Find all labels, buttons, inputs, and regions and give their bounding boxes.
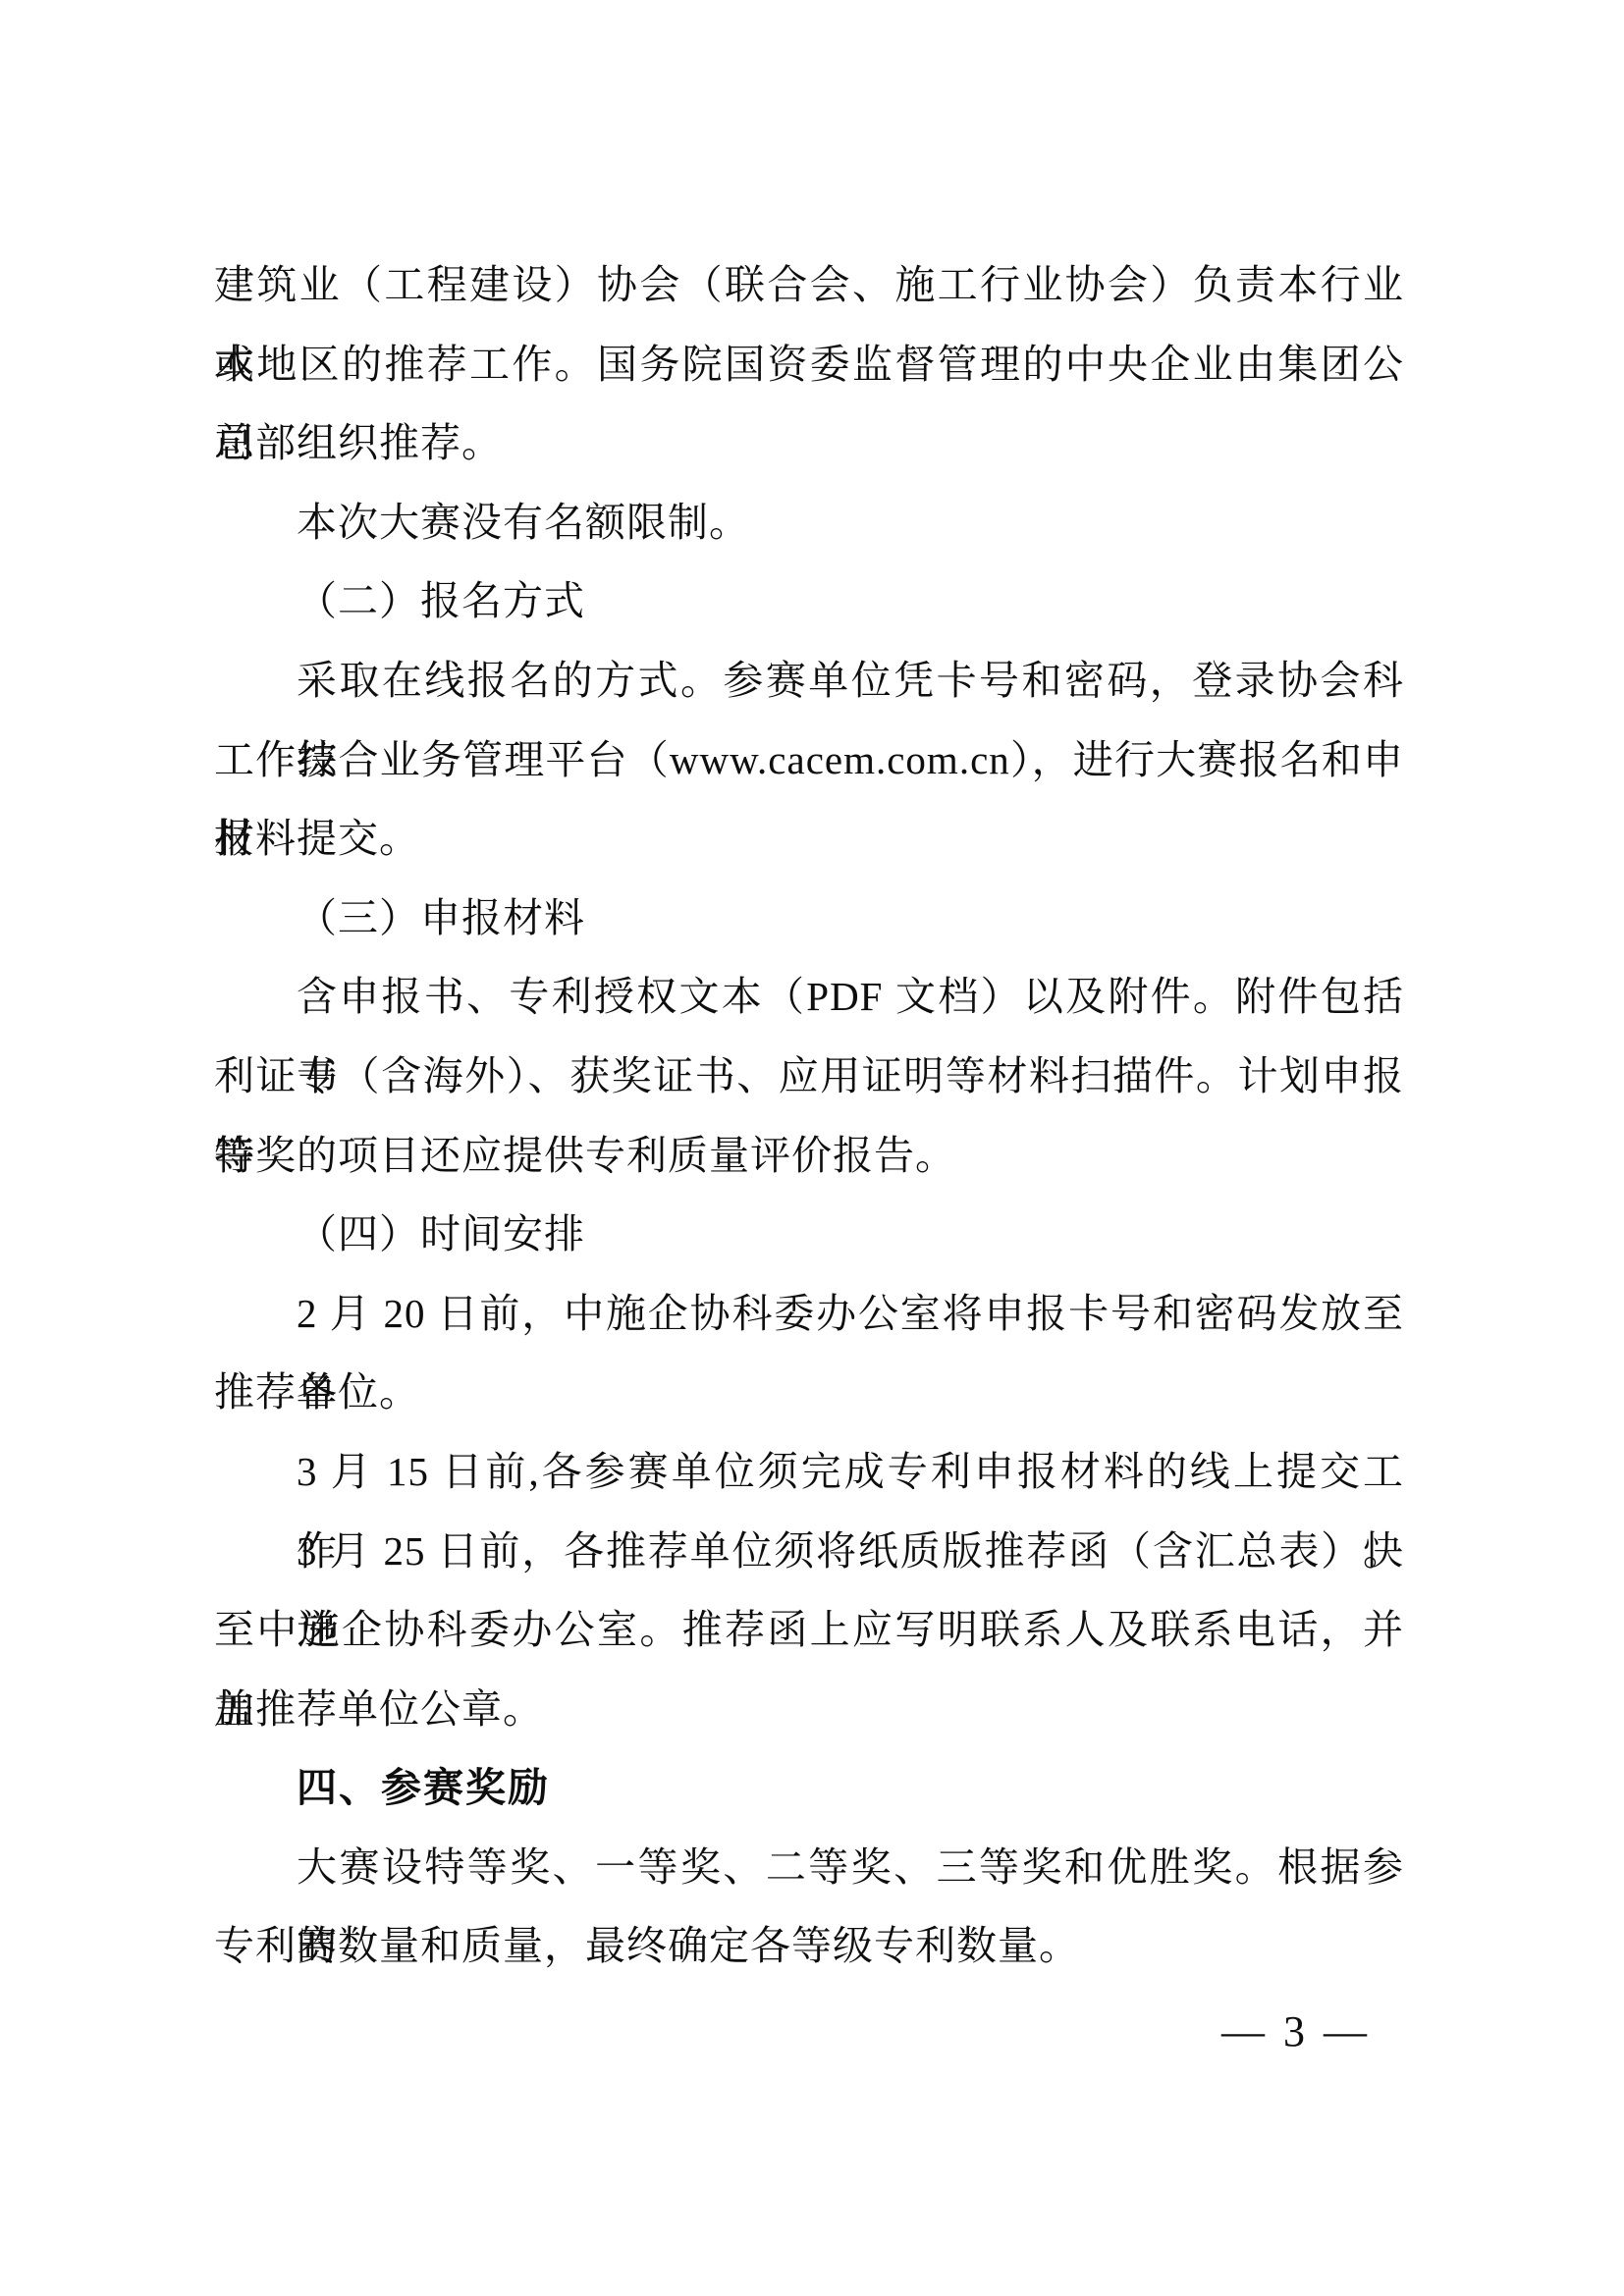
text-line: 专利的数量和质量，最终确定各等级专利数量。	[214, 1906, 1404, 1986]
text-line: 总部组织推荐。	[214, 403, 1404, 483]
text-line: 推荐单位。	[214, 1353, 1404, 1432]
section-heading: 四、参赛奖励	[214, 1748, 1404, 1828]
text-line: 3 月 15 日前,各参赛单位须完成专利申报材料的线上提交工作。	[214, 1432, 1404, 1512]
text-line: 等奖的项目还应提供专利质量评价报告。	[214, 1116, 1404, 1196]
text-line: 工作综合业务管理平台（www.cacem.com.cn），进行大赛报名和申报	[214, 721, 1404, 800]
text-line: 本次大赛没有名额限制。	[214, 483, 1404, 562]
text-line: 3 月 25 日前，各推荐单位须将纸质版推荐函（含汇总表）快递	[214, 1512, 1404, 1591]
text-line: 2 月 20 日前，中施企协科委办公室将申报卡号和密码发放至各	[214, 1274, 1404, 1354]
text-line: （四）时间安排	[214, 1195, 1404, 1274]
text-line: 盖推荐单位公章。	[214, 1670, 1404, 1749]
text-line: 本地区的推荐工作。国务院国资委监督管理的中央企业由集团公司	[214, 325, 1404, 404]
document-page: 建筑业（工程建设）协会（联合会、施工行业协会）负责本行业或本地区的推荐工作。国务…	[0, 0, 1624, 2296]
text-line: 利证书（含海外）、获奖证书、应用证明等材料扫描件。计划申报特	[214, 1037, 1404, 1116]
text-line: 含申报书、专利授权文本（PDF 文档）以及附件。附件包括专	[214, 957, 1404, 1037]
text-line: 材料提交。	[214, 799, 1404, 879]
text-line: 建筑业（工程建设）协会（联合会、施工行业协会）负责本行业或	[214, 245, 1404, 325]
page-number: — 3 —	[1221, 2004, 1371, 2059]
text-line: 大赛设特等奖、一等奖、二等奖、三等奖和优胜奖。根据参赛	[214, 1828, 1404, 1907]
text-line: （二）报名方式	[214, 561, 1404, 641]
text-line: （三）申报材料	[214, 879, 1404, 958]
text-line: 至中施企协科委办公室。推荐函上应写明联系人及联系电话，并加	[214, 1590, 1404, 1670]
document-body: 建筑业（工程建设）协会（联合会、施工行业协会）负责本行业或本地区的推荐工作。国务…	[214, 245, 1404, 1986]
text-line: 采取在线报名的方式。参赛单位凭卡号和密码，登录协会科技	[214, 641, 1404, 721]
